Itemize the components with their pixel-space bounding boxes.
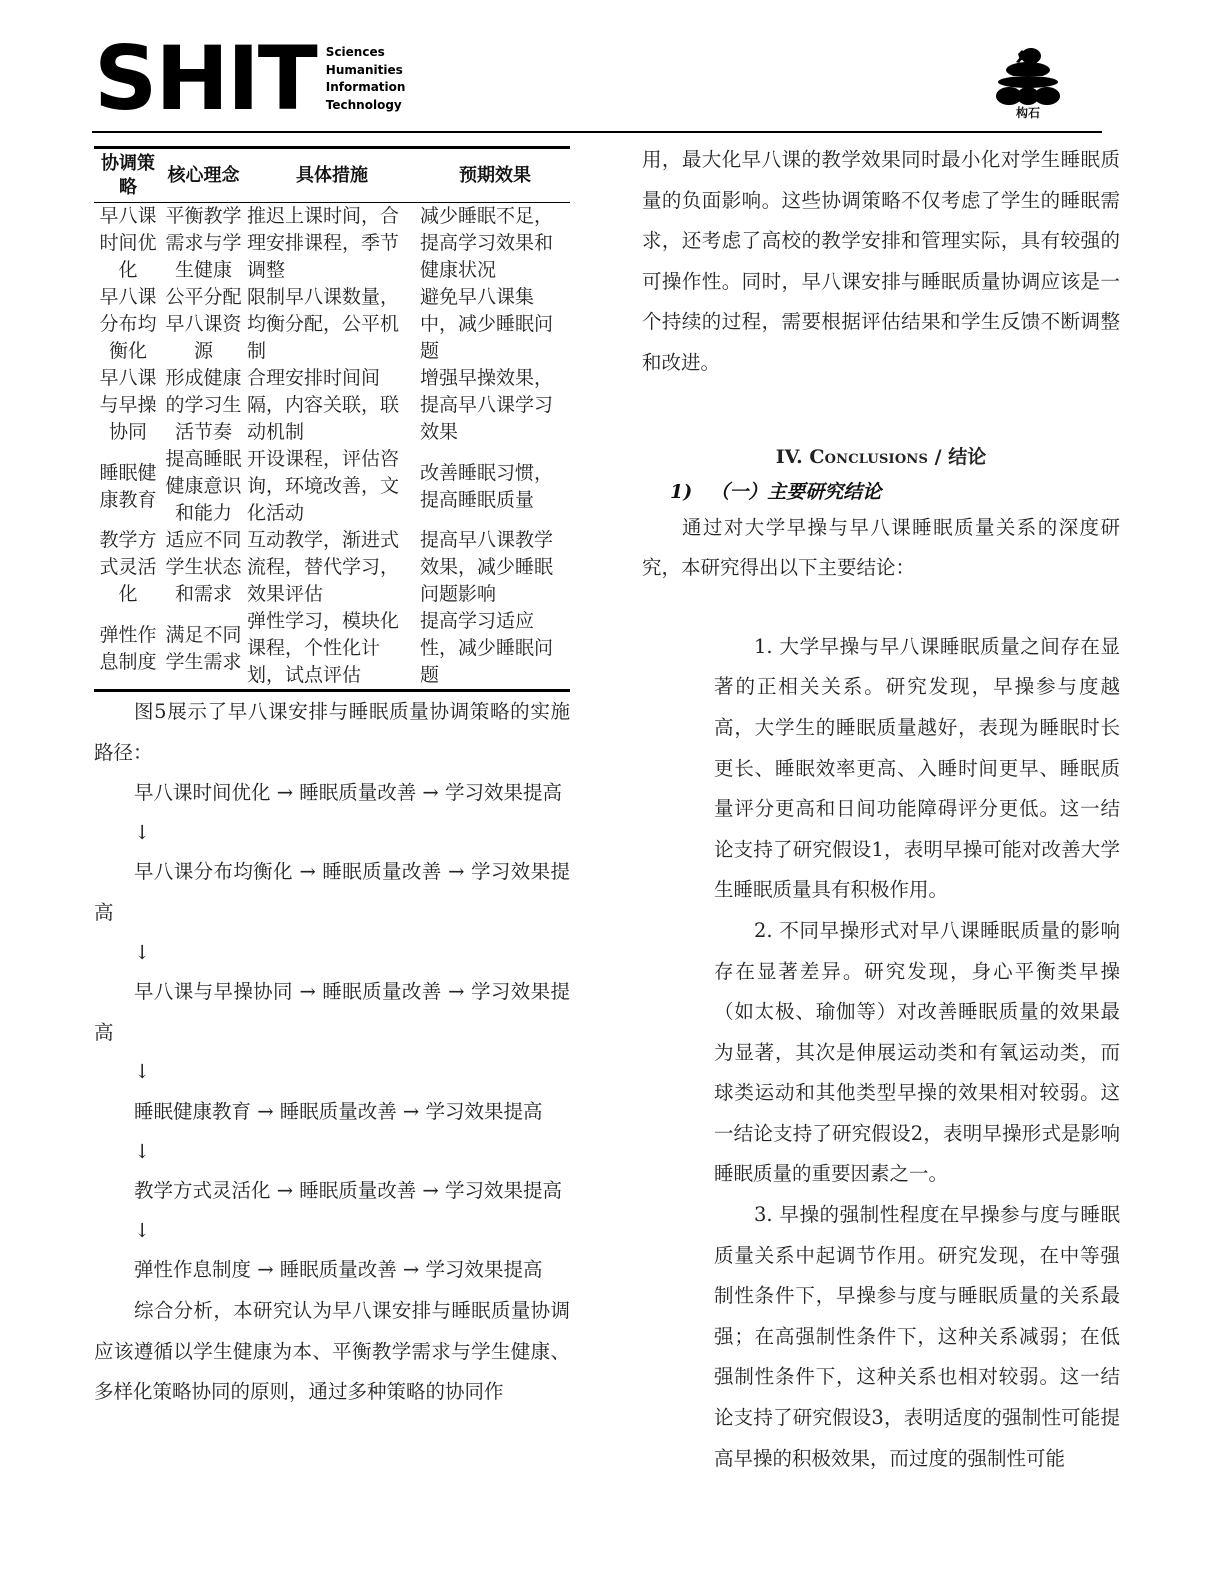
logo-wordmark: SHIT: [94, 40, 316, 118]
table-cell: 减少睡眠不足，提高学习效果和健康状况: [417, 203, 570, 285]
goushi-logo: 构石: [992, 46, 1064, 121]
table-row: 早八课与早操协同 形成健康的学习生活节奏 合理安排时间间隔，内容关联，联动机制 …: [94, 365, 570, 446]
subsection-heading: 1)（一）主要研究结论: [670, 478, 1120, 506]
rock-pile-climber-icon: [994, 46, 1062, 106]
conclusions-list: 1. 大学早操与早八课睡眠质量之间存在显著的正相关关系。研究发现，早操参与度越高…: [714, 627, 1120, 1479]
table-cell: 弹性学习，模块化课程，个性化计划，试点评估: [245, 608, 417, 691]
down-arrow-icon: ↓: [94, 934, 570, 973]
conclusion-item: 3. 早操的强制性程度在早操参与度与睡眠质量关系中起调节作用。研究发现，在中等强…: [714, 1195, 1120, 1479]
header-divider: [92, 131, 1102, 133]
table-cell: 早八课时间优化: [94, 203, 162, 285]
section-separator: /: [928, 446, 948, 468]
figure-intro-paragraph: 图5展示了早八课安排与睡眠质量协调策略的实施路径：: [94, 692, 570, 773]
section-title-en: Conclusions: [809, 446, 928, 468]
table-row: 早八课时间优化 平衡教学需求与学生健康 推迟上课时间，合理安排课程，季节调整 减…: [94, 203, 570, 285]
table-cell: 互动教学，渐进式流程，替代学习，效果评估: [245, 527, 417, 608]
logo-line: Information: [326, 79, 406, 97]
table-cell: 教学方式灵活化: [94, 527, 162, 608]
shit-logo: SHIT Sciences Humanities Information Tec…: [94, 40, 405, 118]
conclusion-item: 1. 大学早操与早八课睡眠质量之间存在显著的正相关关系。研究发现，早操参与度越高…: [714, 627, 1120, 911]
subsection-number: 1): [670, 481, 692, 503]
table-cell: 开设课程，评估咨询，环境改善，文化活动: [245, 446, 417, 527]
logo-line: Technology: [326, 97, 406, 115]
table-cell: 适应不同学生状态和需求: [162, 527, 245, 608]
flow-step: 早八课时间优化 → 睡眠质量改善 → 学习效果提高: [94, 773, 570, 814]
conclusions-intro: 通过对大学早操与早八课睡眠质量关系的深度研究，本研究得出以下主要结论：: [642, 508, 1120, 589]
down-arrow-icon: ↓: [94, 1053, 570, 1092]
table-cell: 提高早八课教学效果，减少睡眠问题影响: [417, 527, 570, 608]
flow-step: 睡眠健康教育 → 睡眠质量改善 → 学习效果提高: [94, 1092, 570, 1133]
table-cell: 早八课与早操协同: [94, 365, 162, 446]
logo-line: Humanities: [326, 62, 406, 80]
logo-label: 构石: [992, 104, 1064, 121]
right-column: 用，最大化早八课的教学效果同时最小化对学生睡眠质量的负面影响。这些协调策略不仅考…: [642, 140, 1120, 1479]
implementation-flow: 早八课时间优化 → 睡眠质量改善 → 学习效果提高 ↓ 早八课分布均衡化 → 睡…: [94, 773, 570, 1291]
table-row: 弹性作息制度 满足不同学生需求 弹性学习，模块化课程，个性化计划，试点评估 提高…: [94, 608, 570, 691]
subsection-title: （一）主要研究结论: [710, 481, 881, 503]
table-cell: 形成健康的学习生活节奏: [162, 365, 245, 446]
table-header-row: 协调策略 核心理念 具体措施 预期效果: [94, 148, 570, 203]
table-cell: 避免早八课集中，减少睡眠问题: [417, 284, 570, 365]
table-cell: 限制早八课数量，均衡分配，公平机制: [245, 284, 417, 365]
down-arrow-icon: ↓: [94, 1133, 570, 1172]
flow-step: 早八课分布均衡化 → 睡眠质量改善 → 学习效果提高: [94, 852, 570, 933]
section-number: IV.: [776, 446, 803, 468]
table-cell: 弹性作息制度: [94, 608, 162, 691]
left-column: 协调策略 核心理念 具体措施 预期效果 早八课时间优化 平衡教学需求与学生健康 …: [94, 146, 570, 1413]
continuation-paragraph: 用，最大化早八课的教学效果同时最小化对学生睡眠质量的负面影响。这些协调策略不仅考…: [642, 140, 1120, 384]
section-heading: IV. Conclusions / 结论: [642, 444, 1120, 470]
table-cell: 增强早操效果，提高早八课学习效果: [417, 365, 570, 446]
table-header-cell: 核心理念: [162, 148, 245, 203]
strategy-table: 协调策略 核心理念 具体措施 预期效果 早八课时间优化 平衡教学需求与学生健康 …: [94, 146, 570, 692]
table-cell: 提高学习适应性，减少睡眠问题: [417, 608, 570, 691]
conclusion-item: 2. 不同早操形式对早八课睡眠质量的影响存在显著差异。研究发现，身心平衡类早操（…: [714, 911, 1120, 1195]
section-title-cn: 结论: [948, 446, 986, 468]
logo-line: Sciences: [326, 44, 406, 62]
table-cell: 平衡教学需求与学生健康: [162, 203, 245, 285]
table-cell: 公平分配早八课资源: [162, 284, 245, 365]
table-row: 睡眠健康教育 提高睡眠健康意识和能力 开设课程，评估咨询，环境改善，文化活动 改…: [94, 446, 570, 527]
flow-step: 弹性作息制度 → 睡眠质量改善 → 学习效果提高: [94, 1250, 570, 1291]
table-header-cell: 具体措施: [245, 148, 417, 203]
table-cell: 推迟上课时间，合理安排课程，季节调整: [245, 203, 417, 285]
down-arrow-icon: ↓: [94, 814, 570, 853]
flow-step: 早八课与早操协同 → 睡眠质量改善 → 学习效果提高: [94, 972, 570, 1053]
table-row: 早八课分布均衡化 公平分配早八课资源 限制早八课数量，均衡分配，公平机制 避免早…: [94, 284, 570, 365]
logo-expansion: Sciences Humanities Information Technolo…: [326, 44, 406, 114]
table-row: 教学方式灵活化 适应不同学生状态和需求 互动教学，渐进式流程，替代学习，效果评估…: [94, 527, 570, 608]
table-cell: 睡眠健康教育: [94, 446, 162, 527]
summary-paragraph: 综合分析，本研究认为早八课安排与睡眠质量协调应该遵循以学生健康为本、平衡教学需求…: [94, 1291, 570, 1413]
table-header-cell: 协调策略: [94, 148, 162, 203]
down-arrow-icon: ↓: [94, 1212, 570, 1251]
table-cell: 改善睡眠习惯，提高睡眠质量: [417, 446, 570, 527]
flow-step: 教学方式灵活化 → 睡眠质量改善 → 学习效果提高: [94, 1171, 570, 1212]
table-cell: 满足不同学生需求: [162, 608, 245, 691]
table-cell: 早八课分布均衡化: [94, 284, 162, 365]
table-cell: 提高睡眠健康意识和能力: [162, 446, 245, 527]
table-cell: 合理安排时间间隔，内容关联，联动机制: [245, 365, 417, 446]
table-header-cell: 预期效果: [417, 148, 570, 203]
page-header: SHIT Sciences Humanities Information Tec…: [94, 40, 1102, 132]
